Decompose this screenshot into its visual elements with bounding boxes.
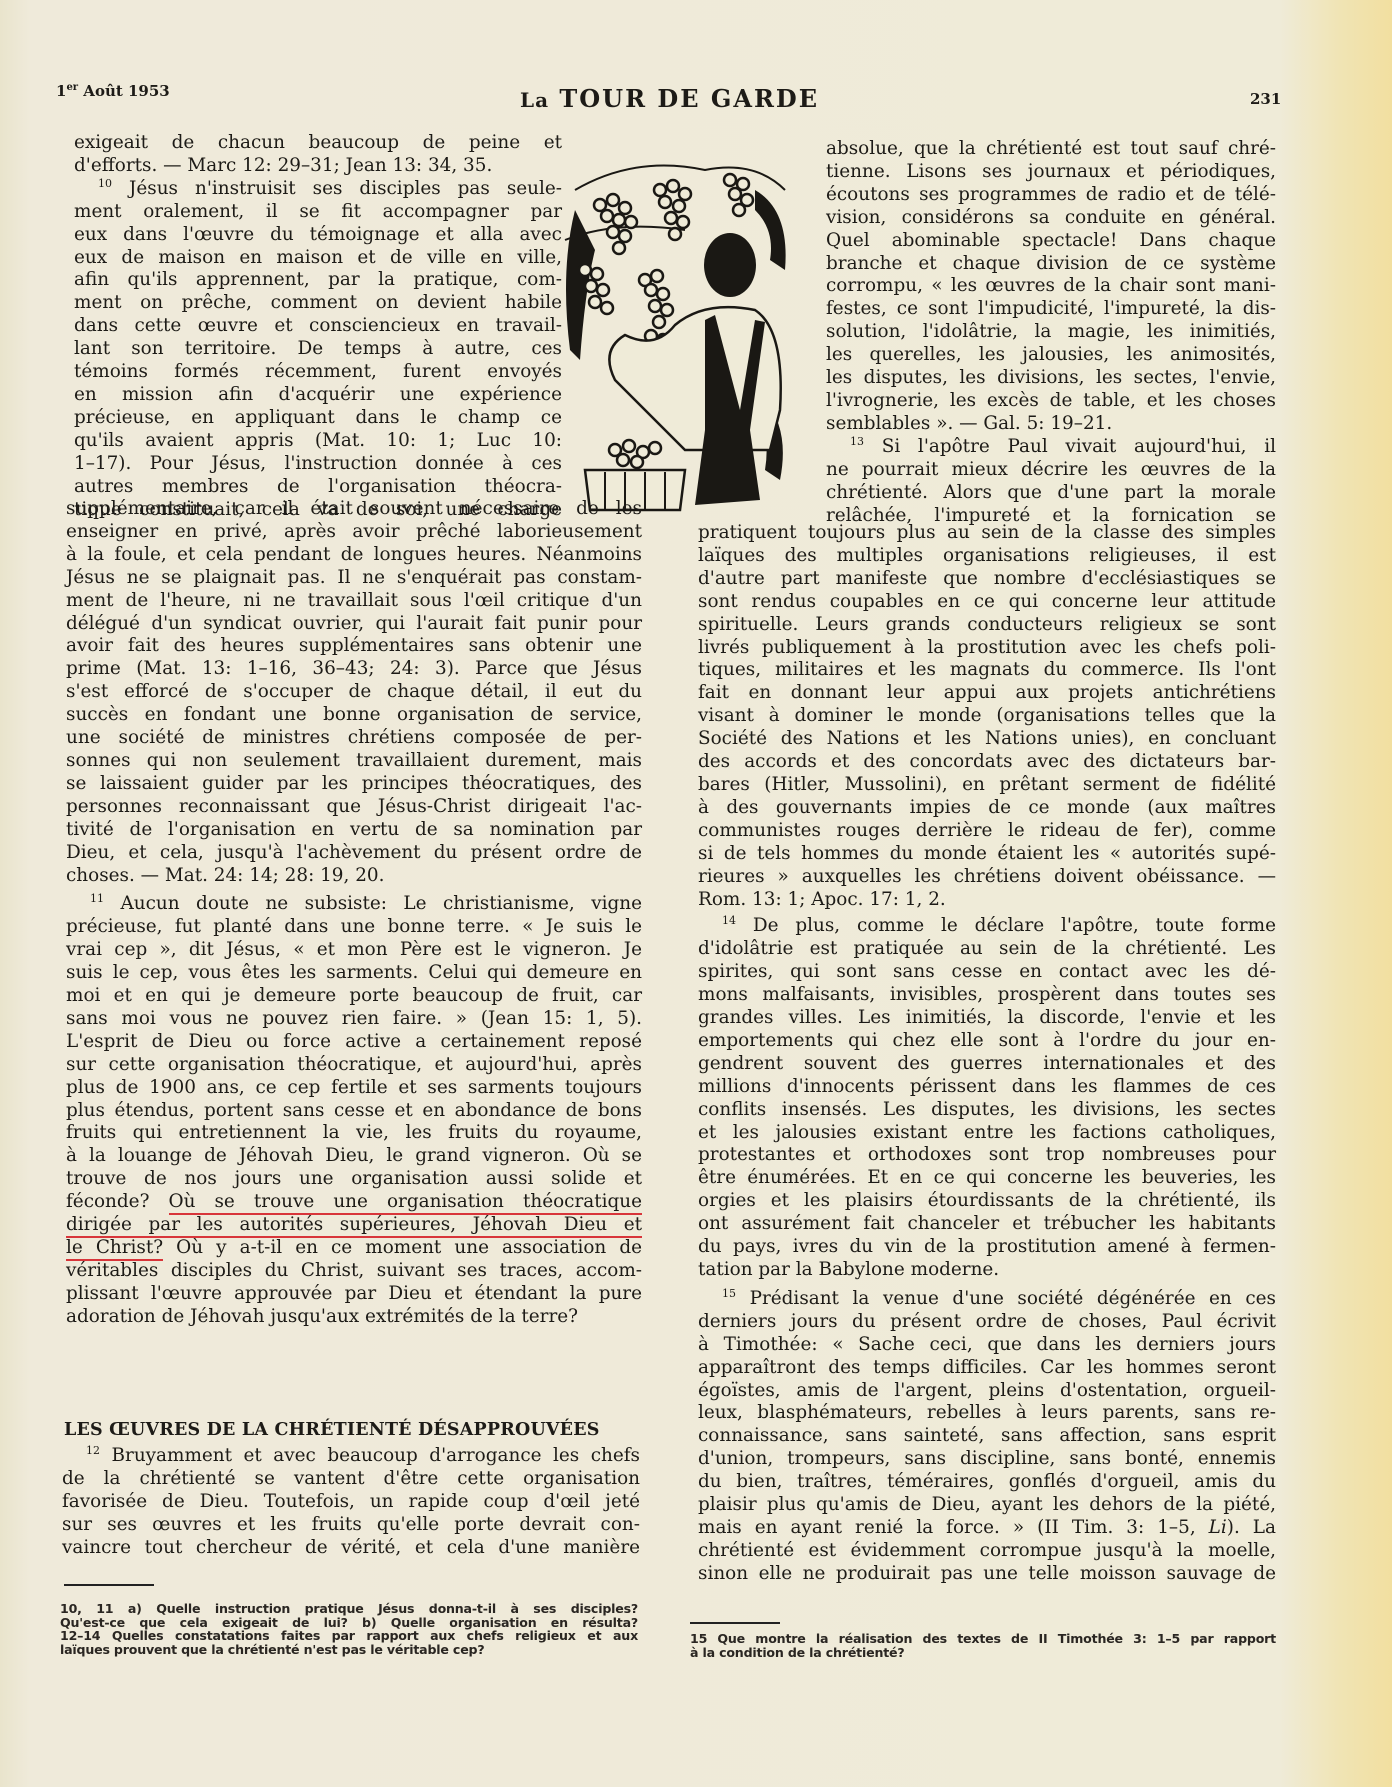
text-line: du pays, ivres du vin de la prostitution… xyxy=(698,1236,1276,1259)
text-line: protestantes et orthodoxes sont trop nom… xyxy=(698,1144,1276,1167)
text-line: pratiquent toujours plus au sein de la c… xyxy=(698,522,1276,545)
text-line: ne pourrait mieux décrire les œuvres de … xyxy=(826,459,1276,482)
text-line: eux dans l'œuvre du témoignage et alla a… xyxy=(74,224,562,247)
text-line: adoration de Jéhovah jusqu'aux extrémité… xyxy=(66,1306,642,1329)
text-line: avoir fait des heures supplémentaires sa… xyxy=(66,635,642,658)
paragraph-number: 11 xyxy=(90,892,104,905)
footnote-divider xyxy=(690,1622,780,1624)
text-line: plissant l'œuvre approuvée par Dieu et é… xyxy=(66,1283,642,1306)
text-line: connaissance, sans sainteté, sans affect… xyxy=(698,1425,1276,1448)
text-line: eux de maison en maison et de ville en v… xyxy=(74,247,562,270)
paragraph-11-start: 11 Aucun doute ne subsiste: Le christian… xyxy=(66,893,642,916)
paragraph-14-start: 14 De plus, comme le déclare l'apôtre, t… xyxy=(698,915,1276,938)
text-line: des accords et des concordats avec des d… xyxy=(698,751,1276,774)
text-line: et les jalousies existant entre les fact… xyxy=(698,1122,1276,1145)
text-line: d'union, trompeurs, sans discipline, san… xyxy=(698,1448,1276,1471)
text-line: communistes rouges derrière le rideau de… xyxy=(698,820,1276,843)
text-line: l'ivrognerie, les excès de table, et les… xyxy=(826,390,1276,413)
left-column-top: exigeait de chacun beaucoup de peine et … xyxy=(74,132,562,521)
text-line: tivité de l'organisation en vertu de sa … xyxy=(66,819,642,842)
text-line: d'idolâtrie est pratiquée au sein de la … xyxy=(698,938,1276,961)
right-column-body: pratiquent toujours plus au sein de la c… xyxy=(698,522,1276,1586)
paragraph-number: 14 xyxy=(722,914,736,927)
text-line: dans cette œuvre et consciencieux en tra… xyxy=(74,315,562,338)
text-line: spirites, qui sont sans cesse en contact… xyxy=(698,961,1276,984)
text-line: festes, ce sont l'impudicité, l'impureté… xyxy=(826,298,1276,321)
paragraph-number: 12 xyxy=(86,1444,100,1457)
text-line: si de tels hommes du monde étaient les «… xyxy=(698,843,1276,866)
text-line: égoïstes, amis de l'argent, pleins d'ost… xyxy=(698,1380,1276,1403)
text-line: prime (Mat. 13: 1–16, 36–43; 24: 3). Par… xyxy=(66,658,642,681)
text-line: une société de ministres chrétiens compo… xyxy=(66,727,642,750)
text-line: être énumérées. Et en ce qui concerne le… xyxy=(698,1167,1276,1190)
text-line: livrés publiquement à la prostitution av… xyxy=(698,637,1276,660)
text-line: qu'ils avaient appris (Mat. 10: 1; Luc 1… xyxy=(74,430,562,453)
text-line: lant son territoire. De temps à autre, c… xyxy=(74,338,562,361)
footnote-line: à la condition de la chrétienté? xyxy=(690,1646,1276,1660)
text-line: tiques, militaires et les magnats du com… xyxy=(698,659,1276,682)
text-line: sur ses œuvres et les fruits qu'elle por… xyxy=(62,1514,640,1537)
text-line: apparaîtront des temps difficiles. Car l… xyxy=(698,1357,1276,1380)
paragraph-number: 10 xyxy=(98,177,112,190)
text-line: vaincre tout chercheur de vérité, et cel… xyxy=(62,1537,640,1560)
text-line: L'esprit de Dieu ou force active a certa… xyxy=(66,1031,642,1054)
text-line: visant à dominer le monde (organisations… xyxy=(698,705,1276,728)
text-line: millions d'innocents périssent dans les … xyxy=(698,1076,1276,1099)
text-line: exigeait de chacun beaucoup de peine et xyxy=(74,132,562,155)
text-line: laïques des multiples organisations reli… xyxy=(698,545,1276,568)
footnote-line: laïques prouvent que la chrétienté n'est… xyxy=(60,1643,638,1657)
vineyard-harvest-illustration xyxy=(555,150,795,515)
paragraph-number: 15 xyxy=(722,1287,736,1300)
text-line: véritables disciples du Christ, suivant … xyxy=(66,1260,642,1283)
text-line: à la louange de Jéhovah Dieu, le grand v… xyxy=(66,1145,642,1168)
red-underline-highlight: dirigée par les autorités supérieures, J… xyxy=(66,1214,642,1238)
red-underline-highlight: le Christ? xyxy=(66,1237,163,1261)
page-number: 231 xyxy=(1250,90,1281,108)
text-line: leux, blasphémateurs, rebelles à leurs p… xyxy=(698,1402,1276,1425)
text-line: enseigner en privé, après avoir prêché l… xyxy=(66,521,642,544)
text-line: sinon elle ne produirait pas une telle m… xyxy=(698,1563,1276,1586)
text-line: absolue, que la chrétienté est tout sauf… xyxy=(826,138,1276,161)
text-line: mons malfaisants, invisibles, prospèrent… xyxy=(698,984,1276,1007)
underlined-passage-line: dirigée par les autorités supérieures, J… xyxy=(66,1214,642,1237)
text-line: témoins formés récemment, furent envoyés xyxy=(74,361,562,384)
text-line: plus étendus, portent sans cesse et en a… xyxy=(66,1100,642,1123)
issue-date: 1er Août 1953 xyxy=(56,82,170,100)
paragraph-12-start: 12 Bruyamment et avec beaucoup d'arrogan… xyxy=(62,1445,640,1468)
text-line: trouve de nos jours une organisation aus… xyxy=(66,1168,642,1191)
text-line: personnes reconnaissant que Jésus-Christ… xyxy=(66,796,642,819)
text-line: Dieu, et cela, jusqu'à l'achèvement du p… xyxy=(66,842,642,865)
paragraph-13-start: 13 Si l'apôtre Paul vivait aujourd'hui, … xyxy=(826,436,1276,459)
text-line: sont rendus coupables en ce qui concerne… xyxy=(698,591,1276,614)
text-line: d'efforts. — Marc 12: 29–31; Jean 13: 34… xyxy=(74,155,562,178)
text-line: les querelles, les jalousies, les animos… xyxy=(826,344,1276,367)
text-line: supplémentaire, car il était souvent néc… xyxy=(66,498,642,521)
text-line: Quel abominable spectacle! Dans chaque xyxy=(826,230,1276,253)
text-line: autres membres de l'organisation théocra… xyxy=(74,476,562,499)
text-line: plaisir plus qu'amis de Dieu, ayant les … xyxy=(698,1494,1276,1517)
text-line: chrétienté. Alors que d'une part la mora… xyxy=(826,482,1276,505)
underlined-passage-line: le Christ? Où y a-t-il en ce moment une … xyxy=(66,1237,642,1260)
magazine-title: La TOUR DE GARDE xyxy=(520,84,819,113)
footnote-line: Qu'est-ce que cela exigeait de lui? b) Q… xyxy=(60,1616,638,1630)
text-line: du bien, traîtres, téméraires, gonflés d… xyxy=(698,1471,1276,1494)
paragraph-number: 13 xyxy=(850,435,864,448)
text-line: de la chrétienté se vantent d'être cette… xyxy=(62,1468,640,1491)
text-line: rieures » auxquelles les chrétiens doive… xyxy=(698,866,1276,889)
text-line: sonnes qui non seulement travaillaient d… xyxy=(66,750,642,773)
left-column-body: supplémentaire, car il était souvent néc… xyxy=(66,498,642,1329)
text-line: favorisée de Dieu. Toutefois, un rapide … xyxy=(62,1491,640,1514)
text-line: se laissaient guider par les principes t… xyxy=(66,773,642,796)
text-line: orgies et les plaisirs étourdissants de … xyxy=(698,1190,1276,1213)
text-line: en mission afin d'acquérir une expérienc… xyxy=(74,384,562,407)
footnote-line: 15 Que montre la réalisation des textes … xyxy=(690,1632,1276,1646)
text-line: tienne. Lisons ses journaux et périodiqu… xyxy=(826,161,1276,184)
footnotes-right: 15 Que montre la réalisation des textes … xyxy=(690,1632,1276,1659)
text-line: suis le cep, vous êtes les sarments. Cel… xyxy=(66,962,642,985)
text-line: afin qu'ils apprennent, par la pratique,… xyxy=(74,269,562,292)
underlined-passage-line: féconde? Où se trouve une organisation t… xyxy=(66,1191,642,1214)
text-line: sans moi vous ne pouvez rien faire. » (J… xyxy=(66,1008,642,1031)
text-line: précieuse, fut planté dans une bonne ter… xyxy=(66,916,642,939)
text-line: vrai cep », dit Jésus, « et mon Père est… xyxy=(66,939,642,962)
text-line: à la foule, et cela pendant de longues h… xyxy=(66,544,642,567)
footnote-line: 12–14 Quelles constatations faites par r… xyxy=(60,1629,638,1643)
text-line: ment on prêche, comment on devient habil… xyxy=(74,292,562,315)
text-line: s'est efforcé de s'occuper de chaque dét… xyxy=(66,681,642,704)
text-line: ont assurément fait chanceler et trébuch… xyxy=(698,1213,1276,1236)
footnotes-left: 10, 11 a) Quelle instruction pratique Jé… xyxy=(60,1602,638,1656)
text-line: à Timothée: « Sache ceci, que dans les d… xyxy=(698,1334,1276,1357)
text-line: ment oralement, il se fit accompagner pa… xyxy=(74,201,562,224)
paragraph-15-start: 15 Prédisant la venue d'une société dégé… xyxy=(698,1288,1276,1311)
paragraph-10-start: 10 Jésus n'instruisit ses disciples pas … xyxy=(74,178,562,201)
red-underline-highlight: Où se trouve une organisation théocratiq… xyxy=(169,1191,642,1215)
text-line: d'autre part manifeste que nombre d'eccl… xyxy=(698,568,1276,591)
text-line: plus de 1900 ans, ce cep fertile et ses … xyxy=(66,1077,642,1100)
text-line: délégué d'un syndicat ouvrier, qui l'aur… xyxy=(66,613,642,636)
footnote-line: 10, 11 a) Quelle instruction pratique Jé… xyxy=(60,1602,638,1616)
text-line: Jésus ne se plaignait pas. Il ne s'enqué… xyxy=(66,567,642,590)
right-column-top: absolue, que la chrétienté est tout sauf… xyxy=(826,138,1276,527)
text-line: les disputes, les divisions, les sectes,… xyxy=(826,367,1276,390)
text-line: semblables ». — Gal. 5: 19–21. xyxy=(826,413,1276,436)
text-line: grandes villes. Les inimitiés, la discor… xyxy=(698,1007,1276,1030)
section-heading: LES ŒUVRES DE LA CHRÉTIENTÉ DÉSAPPROUVÉE… xyxy=(64,1420,640,1440)
text-line: tation par la Babylone moderne. xyxy=(698,1259,1276,1282)
text-line: Société des Nations et les Nations unies… xyxy=(698,728,1276,751)
text-line: écoutons ses programmes de radio et de t… xyxy=(826,184,1276,207)
text-line: ment de l'heure, ni ne travaillait sous … xyxy=(66,590,642,613)
text-line: solution, l'idolâtrie, la magie, les ini… xyxy=(826,321,1276,344)
footnote-divider xyxy=(64,1584,154,1586)
text-line: mais en ayant renié la force. » (II Tim.… xyxy=(698,1517,1276,1540)
text-line: bares (Hitler, Mussolini), en prêtant se… xyxy=(698,774,1276,797)
text-line: 1–17). Pour Jésus, l'instruction donnée … xyxy=(74,453,562,476)
text-line: fait en donnant leur appui aux projets a… xyxy=(698,682,1276,705)
text-line: à des gouvernants impies de ce monde (au… xyxy=(698,797,1276,820)
text-line: corrompu, « les œuvres de la chair sont … xyxy=(826,275,1276,298)
text-line: chrétienté est évidemment corrompue jusq… xyxy=(698,1540,1276,1563)
text-line: gendrent souvent des guerres internation… xyxy=(698,1053,1276,1076)
text-line: branche et chaque division de ce système xyxy=(826,253,1276,276)
text-line: derniers jours du présent ordre de chose… xyxy=(698,1311,1276,1334)
paragraph-12: 12 Bruyamment et avec beaucoup d'arrogan… xyxy=(62,1445,640,1560)
text-line: Rom. 13: 1; Apoc. 17: 1, 2. xyxy=(698,889,1276,912)
text-line: sur cette organisation théocratique, et … xyxy=(66,1054,642,1077)
text-line: précieuse, en appliquant dans le champ c… xyxy=(74,407,562,430)
text-line: conflits insensés. Les disputes, les div… xyxy=(698,1099,1276,1122)
text-line: choses. — Mat. 24: 14; 28: 19, 20. xyxy=(66,865,642,888)
text-line: spirituelle. Leurs grands conducteurs re… xyxy=(698,614,1276,637)
text-line: vision, considérons sa conduite en génér… xyxy=(826,207,1276,230)
text-line: emportements qui chez elle sont à l'ordr… xyxy=(698,1030,1276,1053)
text-line: succès en fondant une bonne organisation… xyxy=(66,704,642,727)
text-line: moi et en qui je demeure porte beaucoup … xyxy=(66,985,642,1008)
text-line: fruits qui entretiennent la vie, les fru… xyxy=(66,1122,642,1145)
magazine-page: 1er Août 1953 La TOUR DE GARDE 231 xyxy=(0,0,1392,1787)
